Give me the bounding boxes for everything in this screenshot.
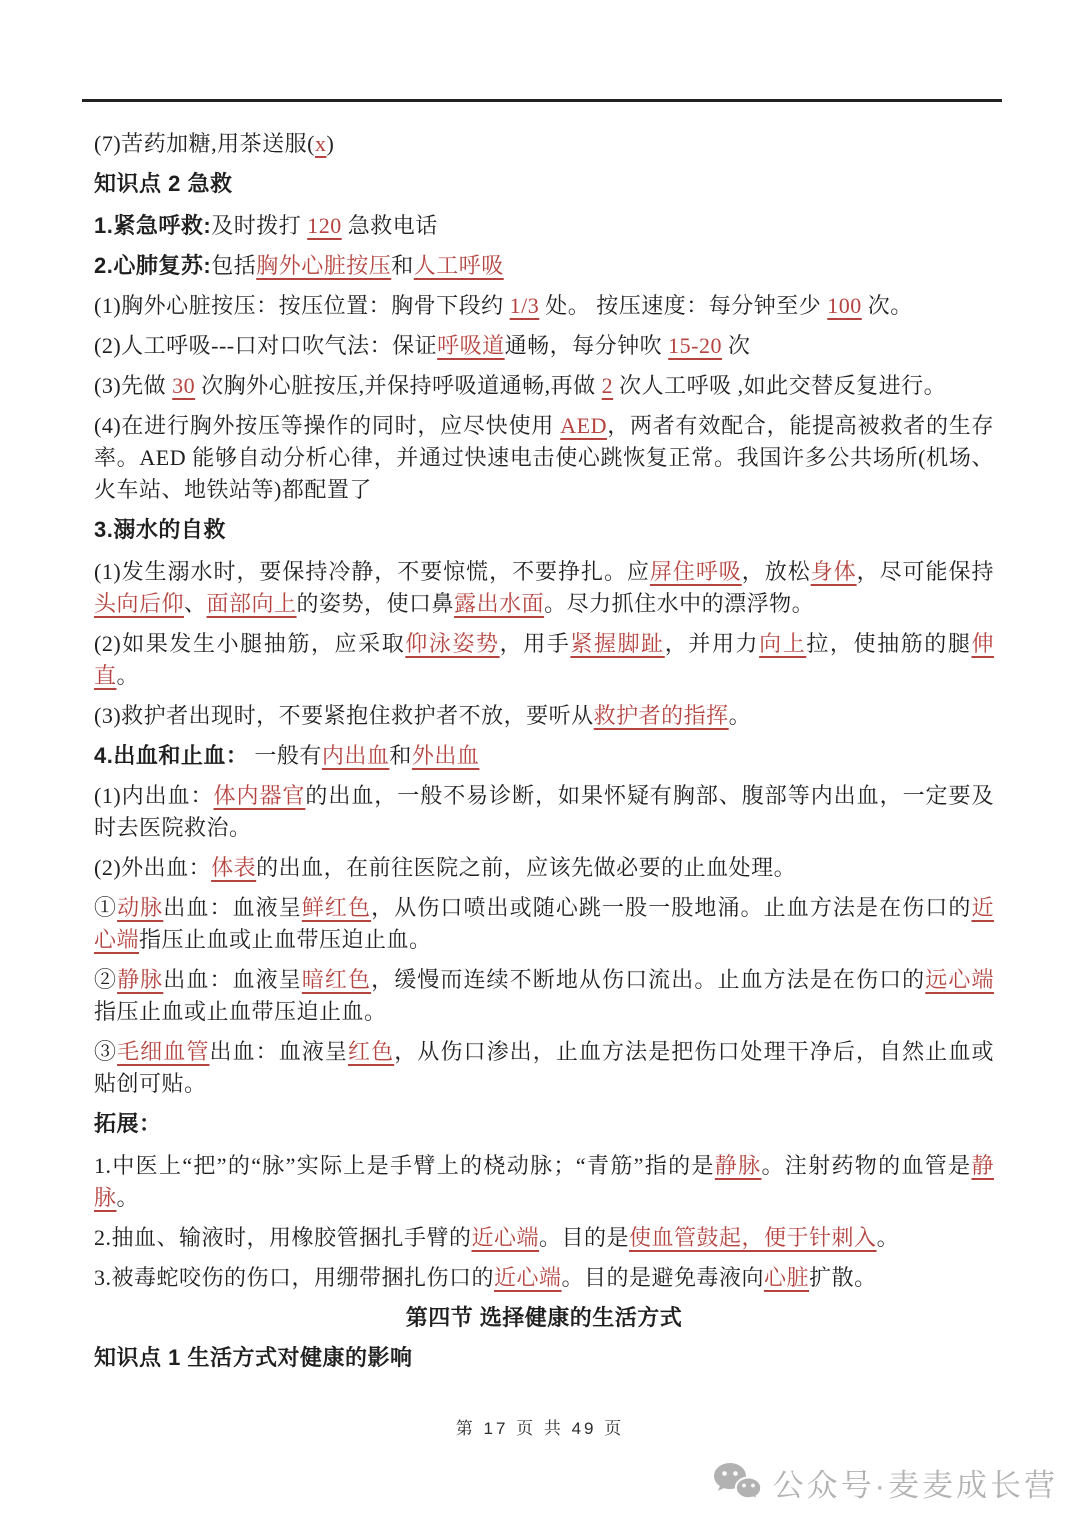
text-run: ① <box>94 895 117 920</box>
highlighted-term: 1/3 <box>510 293 540 318</box>
text-run: ，并用力 <box>665 631 759 656</box>
text-run: (1)内出血： <box>94 783 214 808</box>
text-run: 包括 <box>211 253 256 278</box>
text-run: 处。 按压速度：每分钟至少 <box>539 293 827 318</box>
text-run: 指压止血或止血带压迫止血。 <box>94 999 387 1024</box>
text-run: (1)发生溺水时，要保持冷静，不要惊慌，不要挣扎。应 <box>94 559 650 584</box>
text-run: 和 <box>391 253 414 278</box>
text-run: 1.紧急呼救: <box>94 213 211 238</box>
paragraph-bleeding-header: 4.出血和止血： 一般有内出血和外出血 <box>94 740 994 772</box>
text-run: 2.抽血、输液时，用橡胶管捆扎手臂的 <box>94 1225 472 1250</box>
paragraph-aed: (4)在进行胸外按压等操作的同时，应尽快使用 AED，两者有效配合，能提高被救者… <box>94 410 994 506</box>
highlighted-term: 远心端 <box>925 967 994 992</box>
paragraph-extension-2: 2.抽血、输液时，用橡胶管捆扎手臂的近心端。目的是使血管鼓起，便于针刺入。 <box>94 1222 994 1254</box>
text-run: 1.中医上“把”的“脉”实际上是手臂上的桡动脉；“青筋”指的是 <box>94 1153 715 1178</box>
text-run: 。 <box>877 1225 900 1250</box>
text-run: ) <box>326 131 334 156</box>
highlighted-term: 露出水面 <box>454 591 544 616</box>
text-run: 知识点 1 生活方式对健康的影响 <box>94 1345 412 1370</box>
paragraph-internal-bleeding: (1)内出血：体内器官的出血，一般不易诊断，如果怀疑有胸部、腹部等内出血，一定要… <box>94 780 994 844</box>
paragraph-emergency-call: 1.紧急呼救:及时拨打 120 急救电话 <box>94 210 994 242</box>
heading-extension: 拓展： <box>94 1108 994 1140</box>
text-run: 。 <box>117 1185 140 1210</box>
highlighted-term: 向上 <box>759 631 806 656</box>
highlighted-term: 胸外心脏按压 <box>256 253 391 278</box>
text-run: 的出血，在前往医院之前，应该先做必要的止血处理。 <box>256 855 796 880</box>
text-run: 拓展： <box>94 1111 162 1136</box>
paragraph-external-bleeding: (2)外出血：体表的出血，在前往医院之前，应该先做必要的止血处理。 <box>94 852 994 884</box>
text-run: 次。 <box>862 293 913 318</box>
highlighted-term: 心脏 <box>764 1265 809 1290</box>
paragraph-artificial-respiration: (2)人工呼吸---口对口吹气法：保证呼吸道通畅，每分钟吹 15-20 次 <box>94 330 994 362</box>
highlighted-term: 30 <box>172 373 195 398</box>
text-run: 次 <box>722 333 751 358</box>
text-run: ③ <box>94 1039 117 1064</box>
highlighted-term: 仰泳姿势 <box>405 631 499 656</box>
highlighted-term: 身体 <box>811 559 857 584</box>
text-run: (1)胸外心脏按压：按压位置：胸骨下段约 <box>94 293 510 318</box>
text-run: 急救电话 <box>342 213 438 238</box>
highlighted-term: 头向后仰 <box>94 591 184 616</box>
document-body: (7)苦药加糖,用茶送服(x)知识点 2 急救1.紧急呼救:及时拨打 120 急… <box>80 128 1000 1384</box>
highlighted-term: 暗红色 <box>302 967 371 992</box>
text-run: 扩散。 <box>809 1265 877 1290</box>
text-run: ，尽可能保持 <box>857 559 994 584</box>
highlighted-term: 静脉 <box>715 1153 762 1178</box>
text-run: 出血：血液呈 <box>163 967 302 992</box>
highlighted-term: 紧握脚趾 <box>570 631 664 656</box>
highlighted-term: 外出血 <box>412 743 480 768</box>
highlighted-term: 120 <box>307 213 342 238</box>
text-run: 3.溺水的自救 <box>94 517 226 542</box>
document-page: (7)苦药加糖,用茶送服(x)知识点 2 急救1.紧急呼救:及时拨打 120 急… <box>0 0 1080 1527</box>
text-run: 指压止血或止血带压迫止血。 <box>139 927 432 952</box>
highlighted-term: 鲜红色 <box>302 895 371 920</box>
text-run: 的姿势，使口鼻 <box>297 591 455 616</box>
highlighted-term: 近心端 <box>472 1225 540 1250</box>
highlighted-term: 红色 <box>348 1039 394 1064</box>
highlighted-term: 面部向上 <box>207 591 297 616</box>
text-run: (2)人工呼吸---口对口吹气法：保证 <box>94 333 437 358</box>
text-run: 一般有 <box>248 743 322 768</box>
highlighted-term: 人工呼吸 <box>414 253 504 278</box>
text-run: 2.心肺复苏: <box>94 253 211 278</box>
text-run: ，放松 <box>742 559 811 584</box>
paragraph-extension-1: 1.中医上“把”的“脉”实际上是手臂上的桡动脉；“青筋”指的是静脉。注射药物的血… <box>94 1150 994 1214</box>
highlighted-term: 动脉 <box>117 895 163 920</box>
highlighted-term: 内出血 <box>322 743 390 768</box>
heading-knowledge-point-1: 知识点 1 生活方式对健康的影响 <box>94 1342 994 1374</box>
highlighted-term: 体表 <box>211 855 256 880</box>
highlighted-term: 近心端 <box>494 1265 562 1290</box>
page-number: 第 17 页 共 49 页 <box>0 1414 1080 1439</box>
paragraph-bitter-medicine: (7)苦药加糖,用茶送服(x) <box>94 128 994 160</box>
watermark: 公众号·麦麦成长营 <box>711 1460 1058 1505</box>
text-run: 出血：血液呈 <box>209 1039 348 1064</box>
text-run: 4.出血和止血： <box>94 743 248 768</box>
text-run: 通畅，每分钟吹 <box>505 333 669 358</box>
heading-knowledge-point-2: 知识点 2 急救 <box>94 168 994 200</box>
paragraph-venous-bleeding: ②静脉出血：血液呈暗红色，缓慢而连续不断地从伤口流出。止血方法是在伤口的远心端指… <box>94 964 994 1028</box>
paragraph-capillary-bleeding: ③毛细血管出血：血液呈红色，从伤口渗出，止血方法是把伤口处理干净后，自然止血或贴… <box>94 1036 994 1100</box>
text-run: 次人工呼吸 ,如此交替反复进行。 <box>613 373 946 398</box>
text-run: (2)如果发生小腿抽筋，应采取 <box>94 631 405 656</box>
highlighted-term: 呼吸道 <box>437 333 505 358</box>
heading-section-4: 第四节 选择健康的生活方式 <box>94 1302 994 1334</box>
text-run: 和 <box>389 743 412 768</box>
text-run: 。目的是避免毒液向 <box>562 1265 765 1290</box>
wechat-icon <box>711 1461 763 1505</box>
paragraph-arterial-bleeding: ①动脉出血：血液呈鲜红色，从伤口喷出或随心跳一股一股地涌。止血方法是在伤口的近心… <box>94 892 994 956</box>
text-run: 拉，使抽筋的腿 <box>806 631 971 656</box>
highlighted-term: 15-20 <box>668 333 722 358</box>
text-run: 3.被毒蛇咬伤的伤口，用绷带捆扎伤口的 <box>94 1265 494 1290</box>
paragraph-cpr-cycle: (3)先做 30 次胸外心脏按压,并保持呼吸道通畅,再做 2 次人工呼吸 ,如此… <box>94 370 994 402</box>
highlighted-term: 毛细血管 <box>117 1039 209 1064</box>
watermark-label: 公众号·麦麦成长营 <box>773 1460 1058 1505</box>
text-run: (3)先做 <box>94 373 172 398</box>
highlighted-term: 使血管鼓起，便于针刺入 <box>629 1225 877 1250</box>
text-run: 。 <box>117 663 140 688</box>
highlighted-term: 静脉 <box>117 967 163 992</box>
paragraph-cpr: 2.心肺复苏:包括胸外心脏按压和人工呼吸 <box>94 250 994 282</box>
paragraph-chest-compression: (1)胸外心脏按压：按压位置：胸骨下段约 1/3 处。 按压速度：每分钟至少 1… <box>94 290 994 322</box>
text-run: 知识点 2 急救 <box>94 171 232 196</box>
text-run: (3)救护者出现时，不要紧抱住救护者不放，要听从 <box>94 703 594 728</box>
top-rule <box>82 99 1002 102</box>
text-run: 及时拨打 <box>211 213 307 238</box>
text-run: 。 <box>729 703 752 728</box>
text-run: (2)外出血： <box>94 855 211 880</box>
text-run: 第四节 选择健康的生活方式 <box>406 1305 683 1330</box>
highlighted-term: 体内器官 <box>214 783 306 808</box>
highlighted-term: 救护者的指挥 <box>594 703 729 728</box>
text-run: 次胸外心脏按压,并保持呼吸道通畅,再做 <box>195 373 602 398</box>
highlighted-term: 2 <box>602 373 614 398</box>
highlighted-term: AED <box>560 413 607 438</box>
text-run: ，从伤口喷出或随心跳一股一股地涌。止血方法是在伤口的 <box>371 895 971 920</box>
text-run: ，缓慢而连续不断地从伤口流出。止血方法是在伤口的 <box>371 967 925 992</box>
paragraph-extension-3: 3.被毒蛇咬伤的伤口，用绷带捆扎伤口的近心端。目的是避免毒液向心脏扩散。 <box>94 1262 994 1294</box>
text-run: ，用手 <box>500 631 571 656</box>
heading-drowning-self-rescue: 3.溺水的自救 <box>94 514 994 546</box>
highlighted-term: x <box>315 131 327 156</box>
paragraph-drowning-1: (1)发生溺水时，要保持冷静，不要惊慌，不要挣扎。应屏住呼吸，放松身体，尽可能保… <box>94 556 994 620</box>
text-run: 出血：血液呈 <box>163 895 302 920</box>
text-run: (4)在进行胸外按压等操作的同时，应尽快使用 <box>94 413 560 438</box>
text-run: 、 <box>184 591 207 616</box>
text-run: ② <box>94 967 117 992</box>
paragraph-drowning-3: (3)救护者出现时，不要紧抱住救护者不放，要听从救护者的指挥。 <box>94 700 994 732</box>
text-run: 。注射药物的血管是 <box>761 1153 971 1178</box>
text-run: (7)苦药加糖,用茶送服( <box>94 131 315 156</box>
paragraph-drowning-2: (2)如果发生小腿抽筋，应采取仰泳姿势，用手紧握脚趾，并用力向上拉，使抽筋的腿伸… <box>94 628 994 692</box>
highlighted-term: 100 <box>827 293 862 318</box>
text-run: 。尽力抓住水中的漂浮物。 <box>544 591 814 616</box>
highlighted-term: 屏住呼吸 <box>650 559 742 584</box>
text-run: 。目的是 <box>539 1225 629 1250</box>
